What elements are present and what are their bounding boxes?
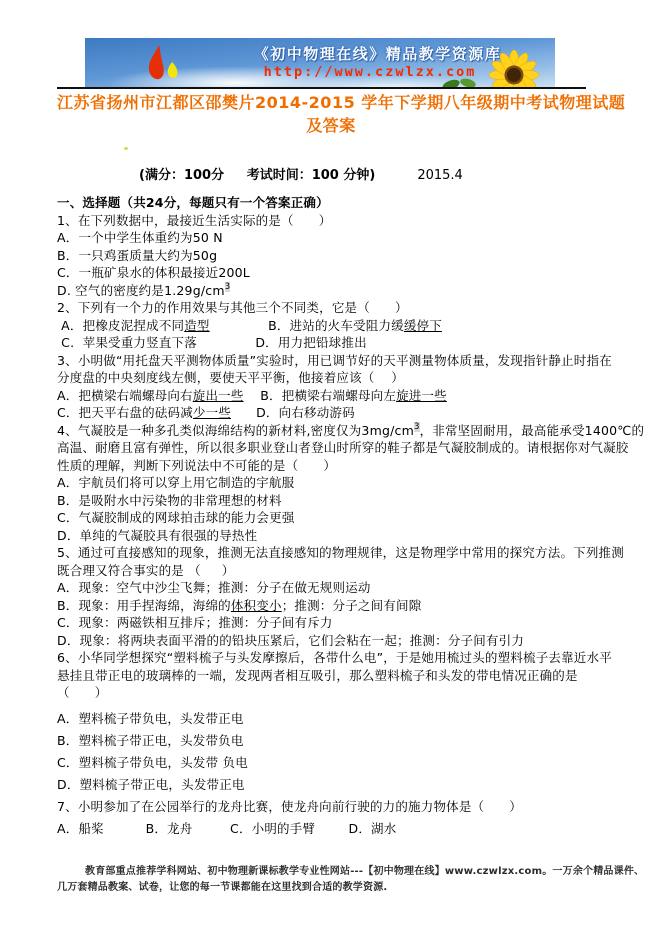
text-segment: 3、小明做“用托盘天平测物体质量”实验时，用已调节好的天平测量物体质量，发现指针… — [57, 353, 612, 368]
text-segment: C．把天平右盘的砝码减 — [57, 405, 193, 420]
body-line: B．一只鸡蛋质量大约为50g — [57, 247, 632, 265]
underlined-text: 缓停下 — [404, 318, 442, 333]
text-segment: B．一只鸡蛋质量大约为50g — [57, 248, 217, 263]
text-segment: 6、小华同学想探究“塑料梳子与头发摩擦后，各带什么电”，于是她用梳过头的塑料梳子… — [57, 650, 612, 665]
text-segment: A．把橡皮泥捏成不同 — [57, 318, 184, 333]
text-segment: 一、选择题（共24分，每题只有一个答案正确） — [57, 195, 329, 210]
body-line: 一、选择题（共24分，每题只有一个答案正确） — [57, 194, 632, 212]
body-line: 性质的理解，判断下列说法中不可能的是（ ） — [57, 457, 632, 475]
body-line: 悬挂且带正电的玻璃棒的一端，发现两者相互吸引，那么塑料梳子和头发的带电情况正确的… — [57, 667, 632, 685]
body-line: A．把橡皮泥捏成不同造型 B．进站的火车受阻力缓缓停下 — [57, 317, 632, 335]
body-line: D．现象：将两块表面平滑的的铅块压紧后，它们会粘在一起；推测：分子间有引力 — [57, 632, 632, 650]
text-segment: 悬挂且带正电的玻璃棒的一端，发现两者相互吸引，那么塑料梳子和头发的带电情况正确的… — [57, 668, 578, 683]
underlined-text: 体积变小 — [231, 598, 282, 613]
body-line: C. 苹果受重力竖直下落 D．用力把铅球推出 — [57, 334, 632, 352]
body-line: C．气凝胶制成的网球拍击球的能力会更强 — [57, 509, 632, 527]
text-segment: 5、通过可直接感知的现象，推测无法直接感知的物理规律，这是物理学中常用的探究方法… — [57, 545, 624, 560]
text-segment: A．宇航员们将可以穿上用它制造的宇航服 — [57, 475, 294, 490]
body-line: 既合理又符合事实的是 （ ） — [57, 562, 632, 580]
text-segment: B．进站的火车受阻力缓 — [210, 318, 404, 333]
body-line: C．现象：两磁铁相互排斥；推测：分子间有斥力 — [57, 614, 632, 632]
underlined-text: 旋进一些 — [396, 388, 447, 403]
body-line: 2、下列有一个力的作用效果与其他三个不同类，它是（ ） — [57, 299, 632, 317]
exam-body-wide: A．塑料梳子带负电，头发带正电B．塑料梳子带正电，头发带负电C．塑料梳子带负电，… — [57, 708, 632, 840]
body-line: 7、小明参加了在公园举行的龙舟比赛，使龙舟向前行驶的力的施力物体是（ ） — [57, 796, 632, 818]
body-line: 高温、耐磨且富有弹性，所以很多职业登山者登山时所穿的鞋子都是气凝胶制成的。请根据… — [57, 439, 632, 457]
score-time-info: (满分：100分 考试时间：100 分钟) — [139, 168, 375, 183]
text-segment: A．塑料梳子带负电，头发带正电 — [57, 711, 244, 726]
text-segment: A．把横梁右端螺母向右 — [57, 388, 193, 403]
body-line: A．把横梁右端螺母向右旋出一些 B．把横梁右端螺母向左旋进一些 — [57, 387, 632, 405]
body-line: C．一瓶矿泉水的体积最接近200L — [57, 264, 632, 282]
text-segment: B．现象：用手捏海绵，海绵的 — [57, 598, 231, 613]
text-segment: 既合理又符合事实的是 （ ） — [57, 563, 234, 578]
text-segment: A．船桨 B．龙舟 C．小明的手臂 D．湖水 — [57, 821, 396, 836]
text-segment: A．现象：空气中沙尘飞舞；推测：分子在做无规则运动 — [57, 580, 371, 595]
body-line: 4、气凝胶是一种多孔类似海绵结构的新材料,密度仅为3mg/cm3，非常坚固耐用，… — [57, 422, 632, 440]
divider-line — [57, 87, 586, 89]
footer-line1: 教育部重点推荐学科网站、初中物理新课标教学专业性网站---【初中物理在线】www… — [57, 864, 632, 880]
body-line: A．宇航员们将可以穿上用它制造的宇航服 — [57, 474, 632, 492]
body-line: D．单纯的气凝胶具有很强的导热性 — [57, 527, 632, 545]
text-segment: C．一瓶矿泉水的体积最接近200L — [57, 265, 250, 280]
body-line: C．把天平右盘的砝码减少一些 D．向右移动游码 — [57, 404, 632, 422]
text-segment: B．是吸附水中污染物的非常理想的材料 — [57, 493, 282, 508]
site-logo-flame-icon — [141, 44, 191, 86]
body-line: A．一个中学生体重约为50 N — [57, 229, 632, 247]
document-title: 江苏省扬州市江都区邵樊片2014-2015 学年下学期八年级期中考试物理试题 及… — [57, 91, 605, 137]
body-line: B．是吸附水中污染物的非常理想的材料 — [57, 492, 632, 510]
text-segment: 性质的理解，判断下列说法中不可能的是（ ） — [57, 458, 336, 473]
text-segment: 4、气凝胶是一种多孔类似海绵结构的新材料,密度仅为3mg/cm — [57, 423, 414, 438]
body-line: 5、通过可直接感知的现象，推测无法直接感知的物理规律，这是物理学中常用的探究方法… — [57, 544, 632, 562]
text-segment: ；推测：分子之间有间隙 — [282, 598, 422, 613]
underlined-text: 少一些 — [193, 405, 231, 420]
text-segment: 7、小明参加了在公园举行的龙舟比赛，使龙舟向前行驶的力的施力物体是（ ） — [57, 799, 522, 814]
underlined-text: 旋出一些 — [193, 388, 244, 403]
text-segment: C．现象：两磁铁相互排斥；推测：分子间有斥力 — [57, 615, 333, 630]
body-line: 3、小明做“用托盘天平测物体质量”实验时，用已调节好的天平测量物体质量，发现指针… — [57, 352, 632, 370]
body-line: A．现象：空气中沙尘飞舞；推测：分子在做无规则运动 — [57, 579, 632, 597]
stray-mark — [124, 147, 128, 150]
text-segment: ，非常坚固耐用，最高能承受1400℃的 — [420, 423, 645, 438]
exam-date: 2015.4 — [417, 168, 463, 183]
text-segment: D．塑料梳子带正电，头发带正电 — [57, 777, 245, 792]
exam-body: 一、选择题（共24分，每题只有一个答案正确）1、在下列数据中，最接近生活实际的是… — [57, 194, 632, 702]
text-segment: （ ） — [57, 685, 107, 700]
text-segment: 分度盘的中央刻度线左侧，要使天平平衡，他接着应该（ ） — [57, 370, 404, 385]
text-segment: C．气凝胶制成的网球拍击球的能力会更强 — [57, 510, 295, 525]
body-line: 1、在下列数据中，最接近生活实际的是（ ） — [57, 212, 632, 230]
document-title-line1: 江苏省扬州市江都区邵樊片2014-2015 学年下学期八年级期中考试物理试题 — [57, 91, 605, 114]
text-segment: 2、下列有一个力的作用效果与其他三个不同类，它是（ ） — [57, 300, 408, 315]
body-line: B．现象：用手捏海绵，海绵的体积变小；推测：分子之间有间隙 — [57, 597, 632, 615]
leaf-decoration — [441, 72, 485, 88]
text-segment: D．向右移动游码 — [231, 405, 355, 420]
body-line: 6、小华同学想探究“塑料梳子与头发摩擦后，各带什么电”，于是她用梳过头的塑料梳子… — [57, 649, 632, 667]
superscript-text: 3 — [225, 282, 231, 292]
body-line: （ ） — [57, 684, 632, 702]
text-segment: D．单纯的气凝胶具有很强的导热性 — [57, 528, 257, 543]
text-segment: C．塑料梳子带负电，头发带 负电 — [57, 755, 248, 770]
site-banner: 《初中物理在线》精品教学资源库 http://www.czwlzx.com — [85, 38, 555, 88]
body-line: D．塑料梳子带正电，头发带正电 — [57, 774, 632, 796]
document-title-line2: 及答案 — [57, 114, 605, 137]
underlined-text: 造型 — [184, 318, 209, 333]
text-segment: A．一个中学生体重约为50 N — [57, 230, 223, 245]
exam-meta: (满分：100分 考试时间：100 分钟)2015.4 — [139, 164, 463, 183]
body-line: A．塑料梳子带负电，头发带正电 — [57, 708, 632, 730]
text-segment: 1、在下列数据中，最接近生活实际的是（ ） — [57, 213, 332, 228]
text-segment: B．塑料梳子带正电，头发带负电 — [57, 733, 244, 748]
body-line: B．塑料梳子带正电，头发带负电 — [57, 730, 632, 752]
sunflower-icon — [483, 46, 545, 88]
body-line: D. 空气的密度约是1.29g/cm3 — [57, 282, 632, 300]
body-line: C．塑料梳子带负电，头发带 负电 — [57, 752, 632, 774]
text-segment: D．现象：将两块表面平滑的的铅块压紧后，它们会粘在一起；推测：分子间有引力 — [57, 633, 524, 648]
text-segment: D. 空气的密度约是1.29g/cm — [57, 283, 225, 298]
text-segment: C. 苹果受重力竖直下落 D．用力把铅球推出 — [57, 335, 367, 350]
text-segment: 高温、耐磨且富有弹性，所以很多职业登山者登山时所穿的鞋子都是气凝胶制成的。请根据… — [57, 440, 629, 455]
text-segment: B．把横梁右端螺母向左 — [244, 388, 396, 403]
footer-line2: 几万套精品教案、试卷，让您的每一节课都能在这里找到合适的教学资源. — [57, 880, 632, 896]
body-line: A．船桨 B．龙舟 C．小明的手臂 D．湖水 — [57, 818, 632, 840]
footer: 教育部重点推荐学科网站、初中物理新课标教学专业性网站---【初中物理在线】www… — [57, 864, 632, 896]
body-line: 分度盘的中央刻度线左侧，要使天平平衡，他接着应该（ ） — [57, 369, 632, 387]
